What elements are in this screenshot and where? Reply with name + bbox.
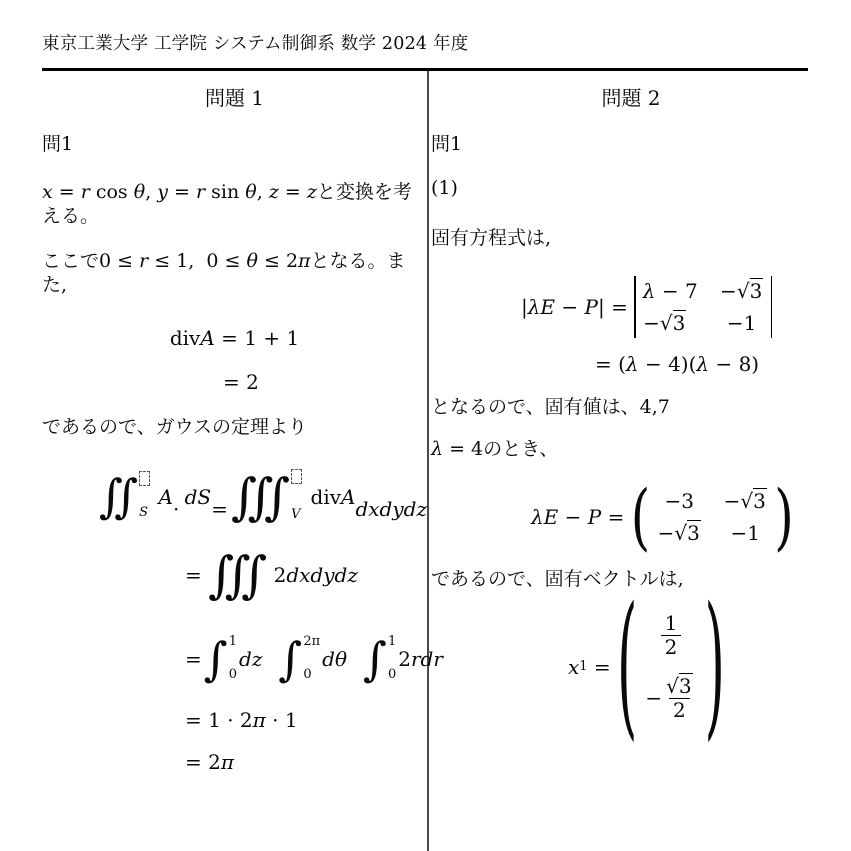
matrix-cell: −√3 [720, 279, 764, 303]
triple-integral-glyph: ∭ [208, 544, 267, 607]
math-token: A [159, 485, 173, 509]
math-token: r [196, 181, 205, 203]
fraction: √3 2 [662, 675, 696, 722]
integral-limits: V [290, 466, 302, 529]
lower-limit: 0 [229, 667, 237, 682]
math-token: div [170, 326, 201, 350]
integral-glyph: ∫ [278, 631, 302, 689]
matrix-equation: λE − P = ( −3 −√3 −√3 −1 ) [531, 486, 831, 548]
math-token: div [311, 485, 342, 509]
integral-glyph: ∫ [204, 631, 228, 689]
matrix-cell: −1 [723, 521, 767, 545]
integral-limits: S [138, 468, 150, 526]
matrix-rows: −3 −√3 −√3 −1 [650, 486, 774, 548]
integral-limits: 2π 0 [302, 631, 320, 689]
vector-row: − √3 2 [645, 675, 696, 722]
surface-integral-operator: ∬ S [99, 468, 150, 526]
lambda-case-text: λ = 4のとき、 [431, 438, 831, 462]
math-token: 0 ≤ [99, 250, 139, 272]
volume-integral-operator: ∭ V [231, 466, 302, 529]
upper-limit: 1 [388, 634, 396, 649]
divergence-result: = 2 [223, 370, 427, 394]
matrix-cell: −√3 [723, 489, 767, 513]
missing-glyph-box-icon [291, 469, 302, 484]
sqrt-expression: √3 [662, 675, 696, 698]
math-token: dθ [322, 647, 347, 671]
subscript: 1 [579, 659, 587, 674]
sqrt-expression: √3 [660, 310, 686, 335]
math-token: = [601, 505, 630, 529]
math-token: · [173, 473, 185, 521]
integral-subscript: S [139, 505, 150, 520]
range-line: ここで0 ≤ r ≤ 1, 0 ≤ θ ≤ 2πとなる。また, [42, 250, 427, 298]
open-paren: ( [631, 481, 651, 554]
transform-line: x = r cos θ, y = r sin θ, z = zと変換を考える。 [42, 181, 427, 229]
math-token: sin [205, 181, 245, 203]
math-token: = 1 · 2 [185, 708, 253, 732]
minus-sign: − [645, 686, 662, 710]
math-token: − 8) [709, 352, 759, 376]
math-token: r [139, 250, 148, 272]
math-token: λ [431, 438, 443, 460]
matrix-row: −√3 −1 [657, 521, 767, 545]
math-token: = [168, 181, 196, 203]
math-token: = [185, 563, 208, 587]
math-token: = 1 + 1 [215, 326, 299, 350]
upper-limit: 2π [303, 634, 320, 649]
math-token: | [521, 295, 528, 319]
math-token: λ [626, 352, 639, 376]
math-token: = [279, 181, 307, 203]
column-divider-rule [427, 71, 429, 851]
iterated-integral-step: = ∫ 1 0 dz ∫ 2π 0 dθ ∫ 1 [185, 631, 427, 689]
characteristic-equation-text: 固有方程式は, [431, 227, 831, 251]
vector-row: 1 2 [661, 612, 682, 659]
math-token: A [341, 485, 355, 509]
jp-text: のとき、 [483, 438, 558, 460]
math-token: π [221, 750, 234, 774]
math-token: | = [598, 295, 634, 319]
sqrt-expression: √3 [674, 520, 700, 545]
math-token: r [81, 181, 90, 203]
double-integral-glyph: ∬ [99, 468, 138, 526]
triple-integral-glyph: ∭ [231, 466, 290, 529]
eigenvalues-text: となるので、固有値は、4,7 [431, 396, 831, 420]
integral-dr: ∫ 1 0 [363, 631, 396, 689]
integral-limits: 1 0 [228, 631, 237, 689]
question1-label: 問1 [431, 133, 831, 157]
math-token: λ [696, 352, 709, 376]
math-token: ≤ 2 [258, 250, 298, 272]
problem1-title: 問題 1 [42, 82, 427, 111]
matrix-cell: −√3 [643, 311, 687, 335]
determinant-bar [771, 276, 773, 338]
math-token: · 1 [266, 708, 298, 732]
math-token: = [53, 181, 81, 203]
integral-limits: 1 0 [387, 631, 396, 689]
math-token: dxdydz [355, 473, 427, 521]
math-token: y [157, 181, 168, 203]
divergence-equation: divA = 1 + 1 [42, 326, 427, 350]
sqrt-expression: √3 [737, 278, 763, 303]
math-token: , [257, 181, 269, 203]
matrix-cell: −√3 [657, 521, 701, 545]
final-result: = 2π [185, 750, 427, 774]
upper-limit: 1 [229, 634, 237, 649]
vector-rows: 1 2 − √3 2 [637, 606, 704, 728]
factored-result: = (λ − 4)(λ − 8) [595, 352, 831, 376]
exam-solution-page: 東京工業大学 工学院 システム制御系 数学 2024 年度 問題 1 問1 x … [0, 0, 851, 851]
eigenvector-matrix: ( 1 2 − √3 2 [617, 606, 725, 728]
matrix-row: −√3 −1 [643, 311, 764, 335]
math-token: 2 [274, 563, 287, 587]
problem2-column: 問題 2 問1 (1) 固有方程式は, |λE − P| = λ − 7 −√3… [431, 78, 831, 728]
integral-dz: ∫ 1 0 [204, 631, 237, 689]
integral-dtheta: ∫ 2π 0 [278, 631, 320, 689]
math-token: z [269, 181, 279, 203]
fraction: 1 2 [661, 612, 682, 659]
math-token: = ( [595, 352, 626, 376]
math-token: π [253, 708, 266, 732]
problem1-column: 問題 1 問1 x = r cos θ, y = r sin θ, z = zと… [42, 78, 427, 774]
math-token: π [298, 250, 311, 272]
sqrt-expression: √3 [740, 488, 766, 513]
problem2-title: 問題 2 [431, 82, 831, 111]
math-token: = 4 [443, 438, 483, 460]
lower-limit: 0 [388, 667, 396, 682]
matrix-rows: λ − 7 −√3 −√3 −1 [636, 276, 771, 338]
integral-glyph: ∫ [363, 631, 387, 689]
math-token: = [211, 473, 229, 521]
product-step: = 1 · 2π · 1 [185, 708, 427, 732]
header-rule [42, 68, 808, 71]
math-token: dS [185, 485, 212, 509]
paren-matrix: ( −3 −√3 −√3 −1 ) [631, 486, 794, 548]
math-token: = 2 [223, 370, 259, 394]
matrix-cell: −3 [657, 489, 701, 513]
math-token: λE − P [531, 505, 601, 529]
math-token: A [200, 326, 214, 350]
math-token: dxdydz [286, 563, 358, 587]
missing-glyph-box-icon [139, 471, 150, 486]
matrix-row: λ − 7 −√3 [643, 279, 764, 303]
lower-limit: 0 [303, 667, 320, 682]
math-token: , [145, 181, 157, 203]
part1-label: (1) [431, 177, 831, 201]
math-token: x [568, 655, 579, 679]
math-token: ≤ 1, 0 ≤ [148, 250, 246, 272]
gauss-theorem-text: であるので、ガウスの定理より [42, 416, 427, 440]
math-token: x [42, 181, 53, 203]
math-token: = [185, 647, 202, 671]
determinant-equation: |λE − P| = λ − 7 −√3 −√3 −1 [521, 276, 831, 338]
page-header-title: 東京工業大学 工学院 システム制御系 数学 2024 年度 [42, 30, 468, 55]
integral-subscript: V [291, 507, 302, 522]
surface-integral-equation: ∬ S A · dS = ∭ V divA dxdydz [97, 466, 427, 529]
volume-integral-step: = ∭ 2dxdydz [185, 544, 427, 607]
math-token: θ [245, 181, 256, 203]
eigenvector-equation: x1 = ( 1 2 − √3 2 [568, 606, 831, 728]
math-token: = 2 [185, 750, 221, 774]
math-token: λE − P [528, 295, 598, 319]
matrix-cell: −1 [720, 311, 764, 335]
jp-text: ここで [42, 250, 99, 272]
close-paren: ) [705, 589, 725, 745]
math-token: θ [134, 181, 145, 203]
math-token: θ [247, 250, 258, 272]
open-paren: ( [617, 589, 637, 745]
math-token: dz [239, 647, 262, 671]
question1-label: 問1 [42, 133, 427, 157]
matrix-cell: λ − 7 [643, 279, 698, 303]
math-token: 2 [398, 647, 411, 671]
math-token: cos [90, 181, 134, 203]
determinant-matrix: λ − 7 −√3 −√3 −1 [634, 276, 772, 338]
math-token: = [588, 655, 617, 679]
math-token: − 4)( [639, 352, 697, 376]
matrix-row: −3 −√3 [657, 489, 767, 513]
close-paren: ) [774, 481, 794, 554]
math-token: z [307, 181, 317, 203]
